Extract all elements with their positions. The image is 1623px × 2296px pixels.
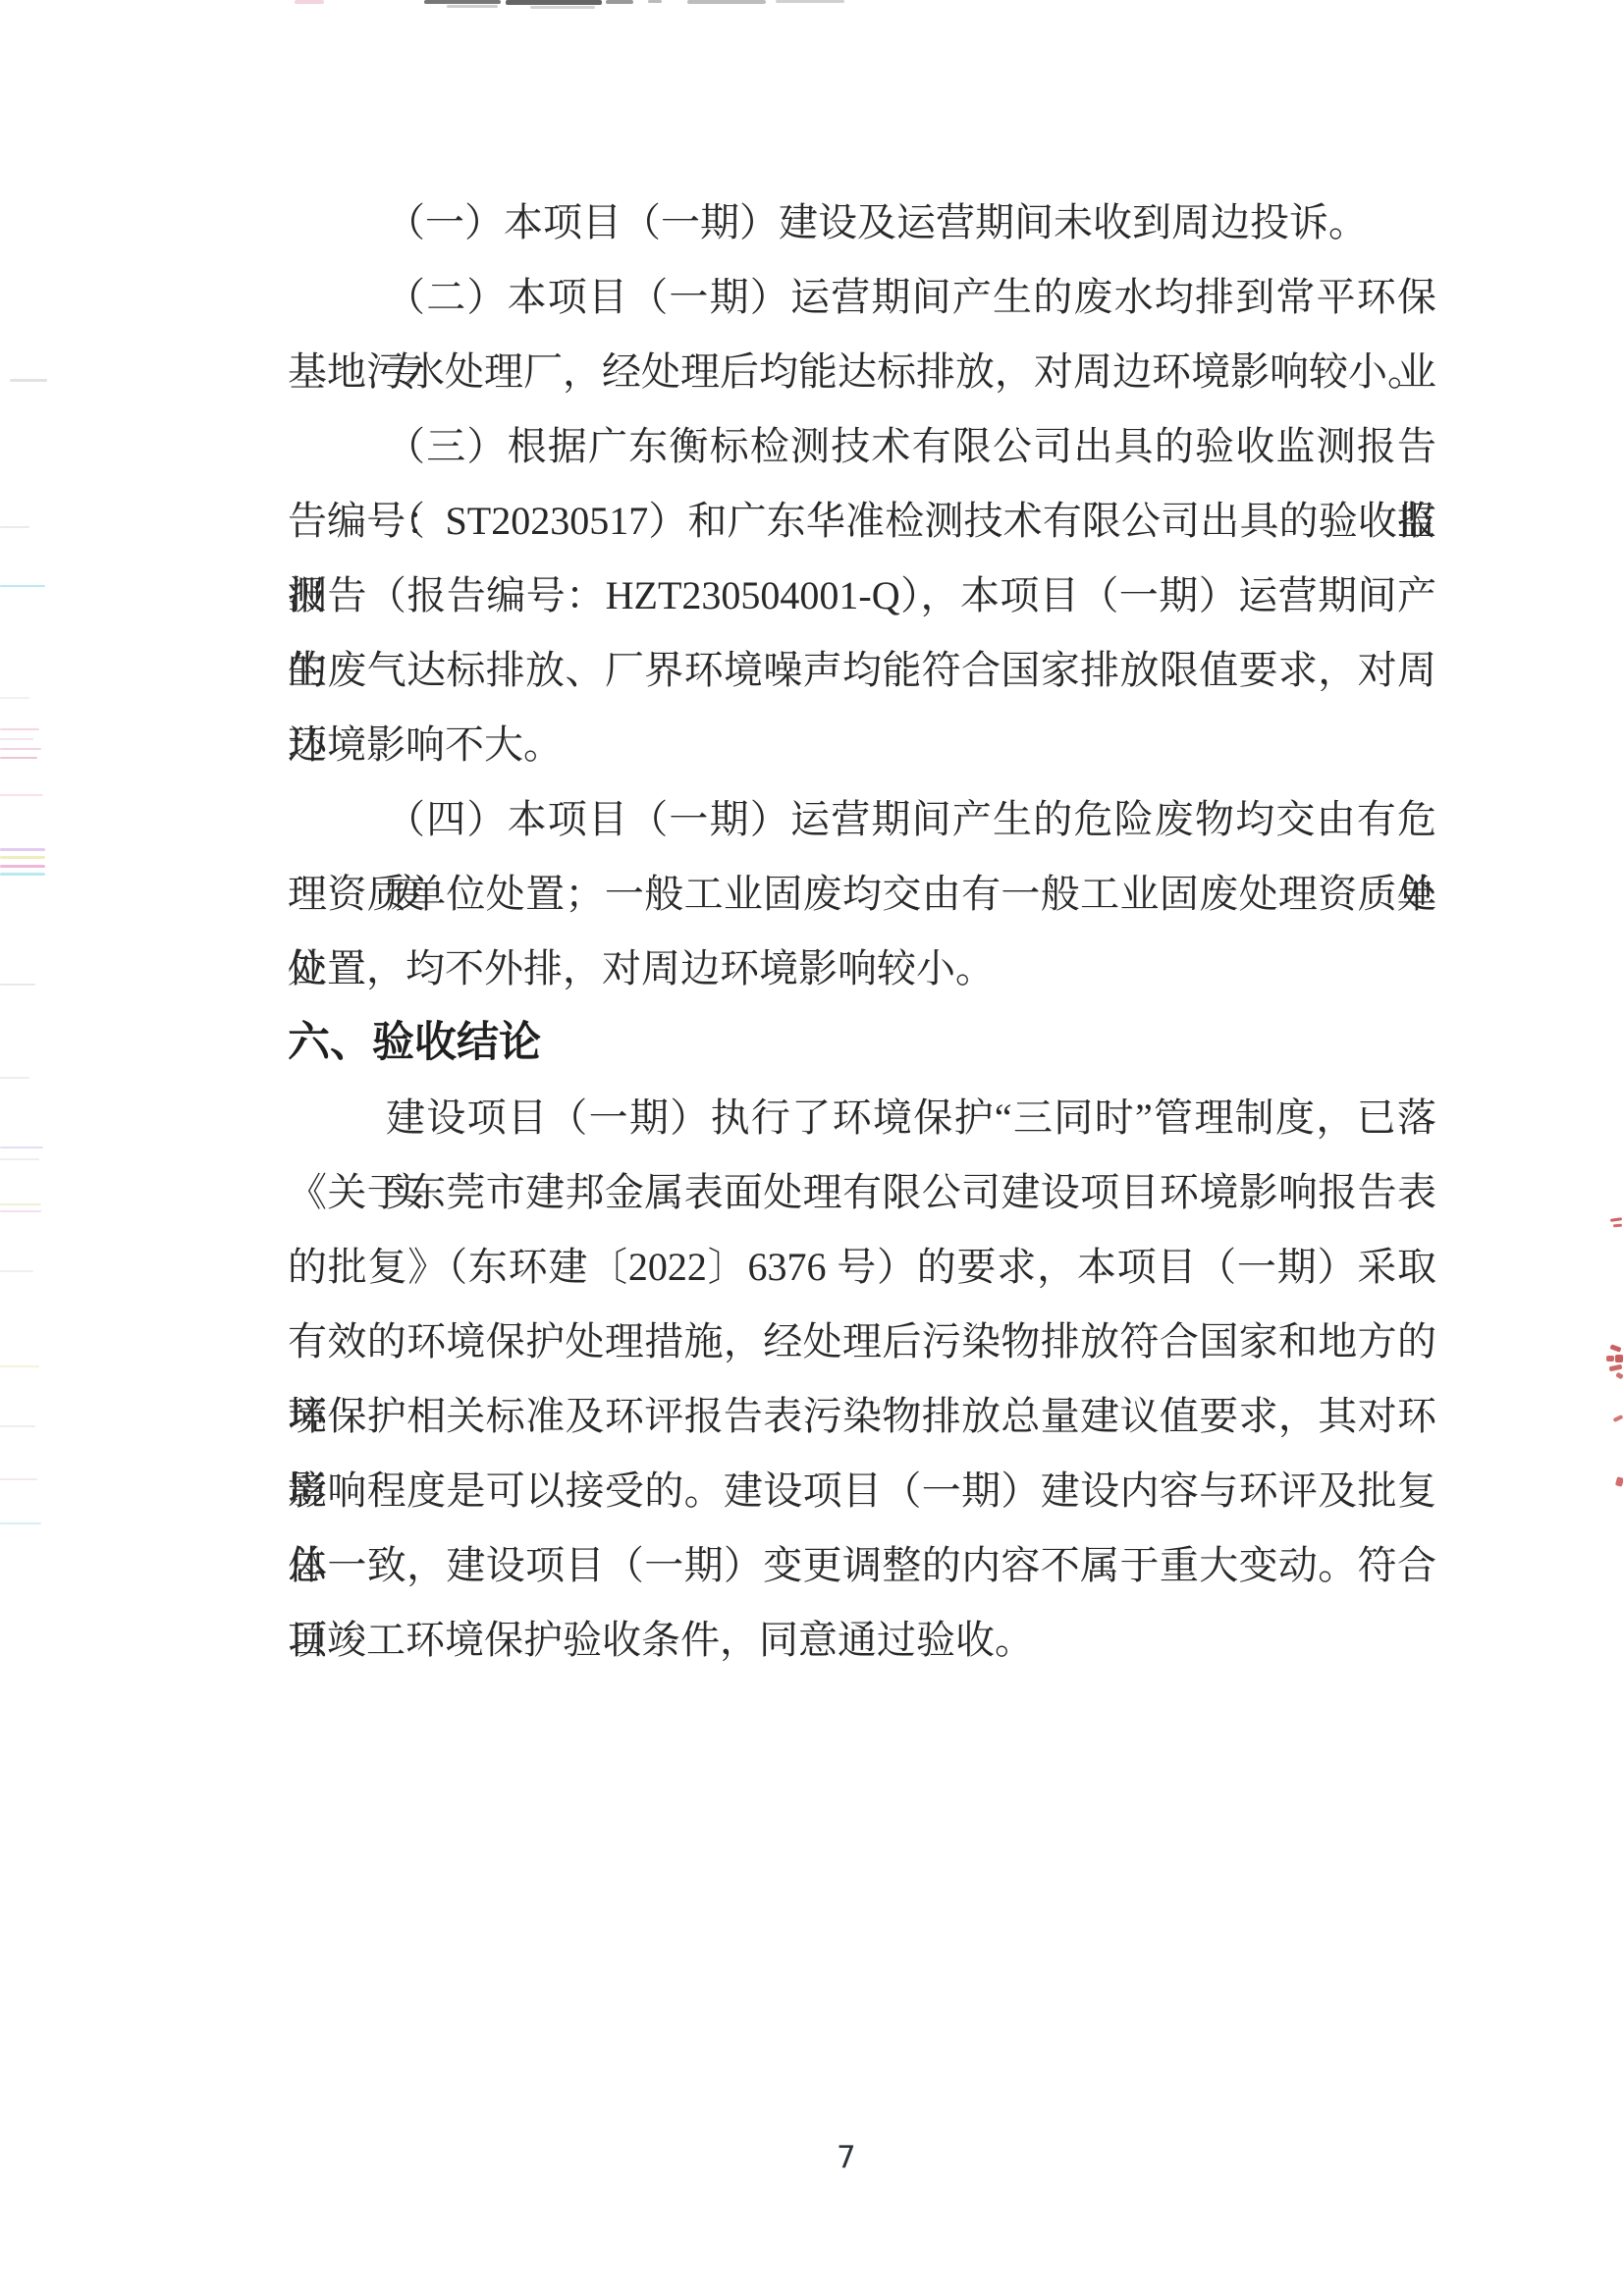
red-ink-mark [1609,1344,1621,1352]
text-line: （四）本项目（一期）运营期间产生的危险废物均交由有危废处 [288,782,1436,857]
top-edge-smudge [776,0,844,3]
top-edge-smudge [687,0,766,4]
left-edge-color-streak [0,738,33,740]
top-edge-smudge [648,0,662,3]
left-edge-color-streak [0,856,45,859]
left-edge-color-streak [0,1365,39,1367]
text-line: 的批复》（东环建〔2022〕6376 号）的要求，本项目（一期）采取 [288,1230,1436,1305]
red-ink-mark [1613,1415,1623,1422]
red-ink-mark [1609,1364,1623,1372]
top-edge-smudge [295,0,324,4]
left-edge-color-streak [0,848,45,851]
scanned-document-page: （一）本项目（一期）建设及运营期间未收到周边投诉。（二）本项目（一期）运营期间产… [0,0,1623,2296]
text-line: （二）本项目（一期）运营期间产生的废水均排到常平环保专业 [288,260,1436,335]
left-edge-color-streak [0,697,29,699]
text-line: （三）根据广东衡标检测技术有限公司出具的验收监测报告（报 [288,409,1436,484]
red-ink-mark [1615,1355,1623,1362]
left-edge-color-streak [0,873,45,876]
text-line: （一）本项目（一期）建设及运营期间未收到周边投诉。 [288,186,1436,260]
left-edge-color-streak [0,1147,43,1148]
text-line: 境保护相关标准及环评报告表污染物排放总量建议值要求，其对环境 [288,1379,1436,1454]
left-edge-color-streak [0,585,45,587]
text-line: 环境影响不大。 [288,708,1436,782]
left-edge-color-streak [0,728,39,730]
text-line: 影响程度是可以接受的。建设项目（一期）建设内容与环评及批复总 [288,1454,1436,1528]
left-edge-color-streak [0,1210,41,1212]
page-number: 7 [837,2140,857,2175]
left-edge-color-streak [0,757,37,759]
text-line: 建设项目（一期）执行了环境保护“三同时”管理制度，已落实 [288,1081,1436,1155]
red-ink-mark [1615,1476,1623,1487]
top-edge-smudge [424,0,501,4]
left-edge-color-streak [0,1203,41,1205]
text-line: 的废气达标排放、厂界环境噪声均能符合国家排放限值要求，对周边 [288,633,1436,708]
top-edge-smudge [506,0,602,5]
red-ink-mark [1610,1217,1622,1222]
text-line: 基地污水处理厂，经处理后均能达标排放，对周边环境影响较小。 [288,335,1436,409]
left-edge-color-streak [0,1522,41,1524]
red-ink-mark [1606,1356,1614,1362]
left-edge-color-streak [0,1077,29,1079]
red-ink-mark [1613,1224,1622,1228]
left-edge-color-streak [10,379,47,382]
text-line: 目竣工环境保护验收条件，同意通过验收。 [288,1603,1436,1678]
text-line: 体一致，建设项目（一期）变更调整的内容不属于重大变动。符合项 [288,1528,1436,1603]
red-ink-mark [1615,1372,1623,1380]
text-line: 《关于东莞市建邦金属表面处理有限公司建设项目环境影响报告表 [288,1155,1436,1230]
text-line: 告编号：ST20230517）和广东华准检测技术有限公司出具的验收监测 [288,484,1436,559]
left-edge-color-streak [0,1158,39,1160]
text-line: 处置，均不外排，对周边环境影响较小。 [288,932,1436,1006]
section-heading: 六、验收结论 [288,1006,1436,1081]
document-body: （一）本项目（一期）建设及运营期间未收到周边投诉。（二）本项目（一期）运营期间产… [288,186,1436,1678]
left-edge-color-streak [0,984,35,986]
text-line: 报告（报告编号：HZT230504001-Q），本项目（一期）运营期间产生 [288,559,1436,633]
top-edge-smudge [447,5,498,8]
left-edge-color-streak [0,748,41,750]
left-edge-color-streak [0,1425,35,1427]
text-line: 理资质单位处置；一般工业固废均交由有一般工业固废处理资质单位 [288,857,1436,932]
left-edge-color-streak [0,526,29,528]
left-edge-color-streak [0,1478,37,1480]
left-edge-color-streak [0,865,45,868]
text-line: 有效的环境保护处理措施，经处理后污染物排放符合国家和地方的环 [288,1305,1436,1379]
top-edge-smudge [606,0,633,4]
left-edge-color-streak [0,794,43,796]
left-edge-color-streak [0,1270,33,1272]
top-edge-smudge [530,6,595,9]
